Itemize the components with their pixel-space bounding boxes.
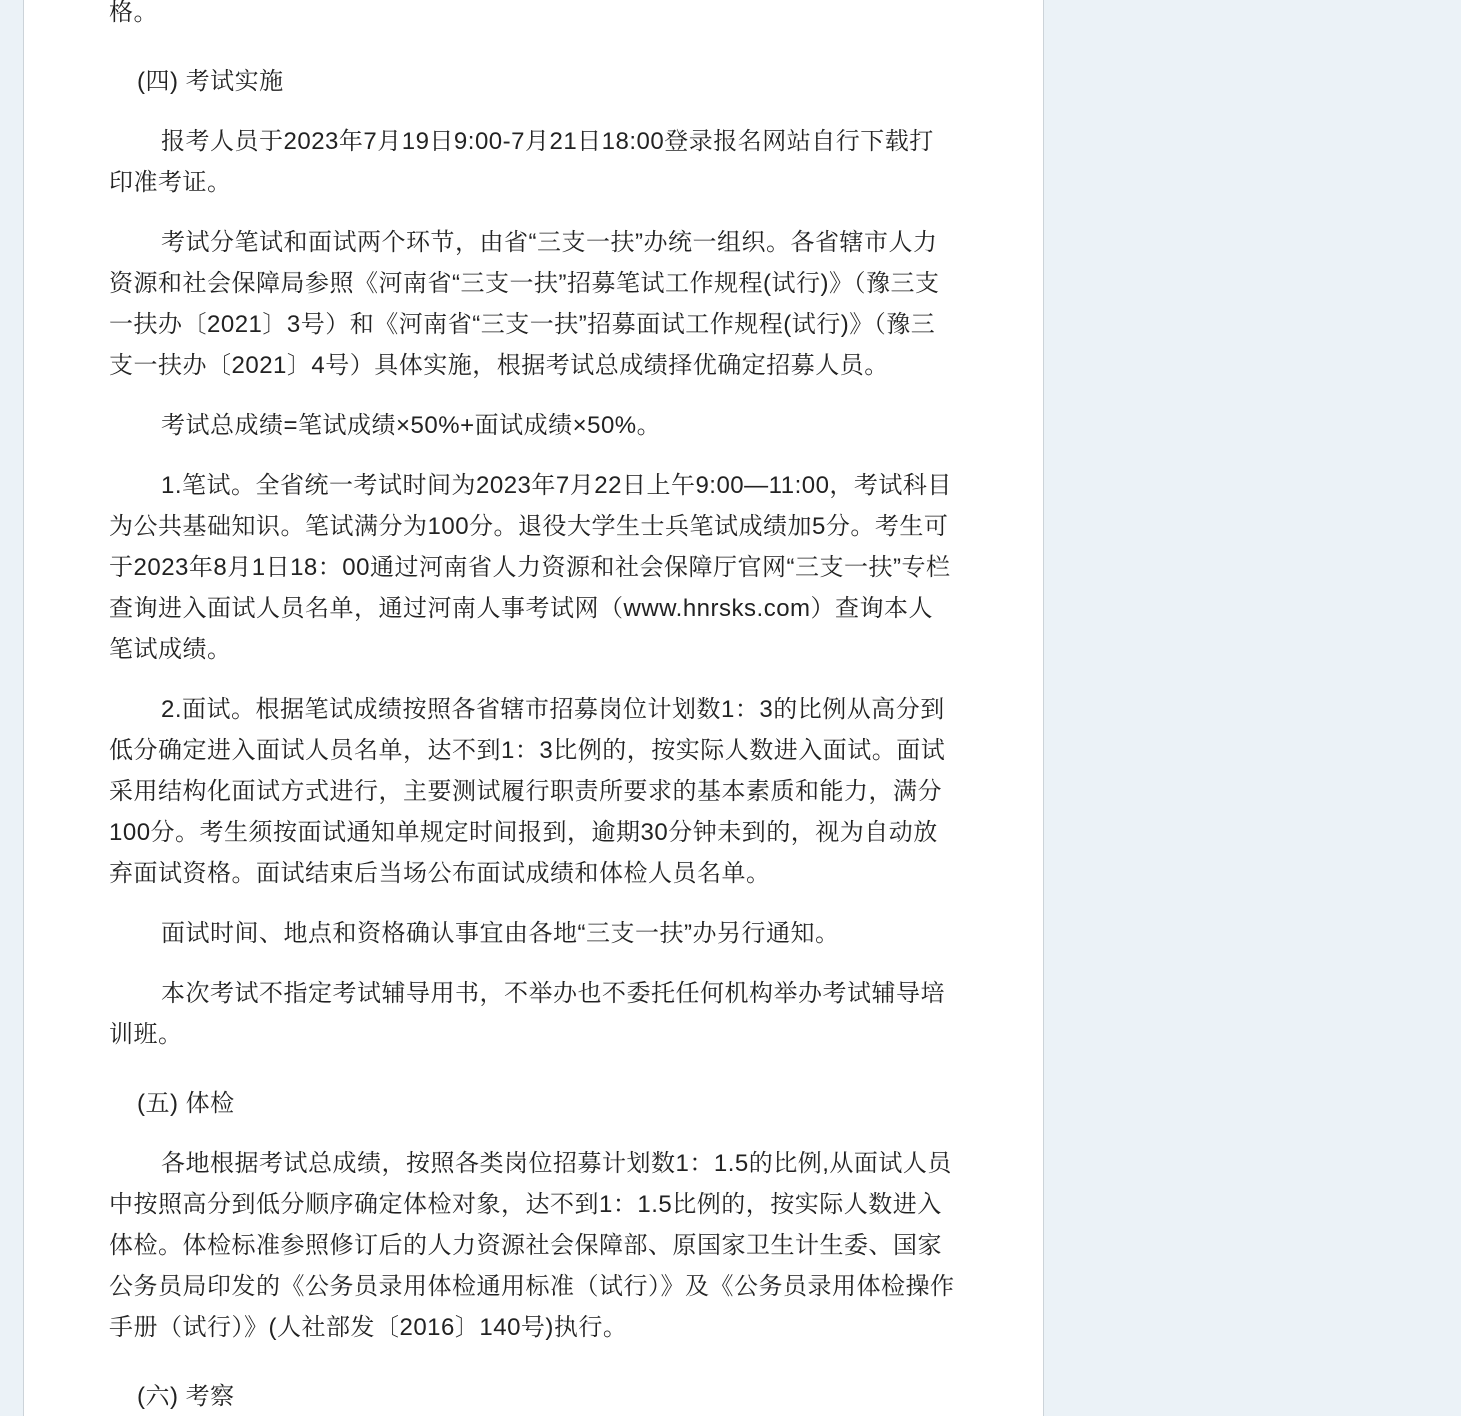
article-panel: 格。 (四) 考试实施 报考人员于2023年7月19日9:00-7月21日18:… [23,0,1044,1416]
paragraph-no-training-class: 本次考试不指定考试辅导用书，不举办也不委托任何机构举办考试辅导培训班。 [109,973,955,1055]
section-heading-inspection: (六) 考察 [109,1376,955,1416]
page-background: 格。 (四) 考试实施 报考人员于2023年7月19日9:00-7月21日18:… [0,0,1461,1416]
paragraph-written-test: 1.笔试。全省统一考试时间为2023年7月22日上午9:00—11:00，考试科… [109,465,955,670]
paragraph-physical-examination: 各地根据考试总成绩，按照各类岗位招募计划数1：1.5的比例,从面试人员中按照高分… [109,1143,955,1348]
announcement-body: 格。 (四) 考试实施 报考人员于2023年7月19日9:00-7月21日18:… [109,0,955,1416]
section-heading-physical-examination: (五) 体检 [109,1083,955,1124]
paragraph-interview: 2.面试。根据笔试成绩按照各省辖市招募岗位计划数1：3的比例从高分到低分确定进入… [109,689,955,894]
paragraph-continuation: 格。 [109,0,955,33]
paragraph-admission-ticket: 报考人员于2023年7月19日9:00-7月21日18:00登录报名网站自行下载… [109,121,955,203]
paragraph-interview-notice: 面试时间、地点和资格确认事宜由各地“三支一扶”办另行通知。 [109,913,955,954]
section-heading-exam-implementation: (四) 考试实施 [109,61,955,102]
paragraph-total-score-formula: 考试总成绩=笔试成绩×50%+面试成绩×50%。 [109,405,955,446]
paragraph-exam-organization: 考试分笔试和面试两个环节，由省“三支一扶”办统一组织。各省辖市人力资源和社会保障… [109,222,955,386]
